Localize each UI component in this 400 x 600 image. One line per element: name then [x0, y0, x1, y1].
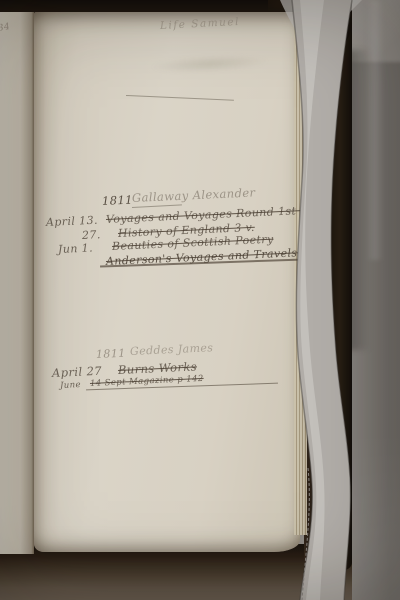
bookmark-ribbon: [0, 0, 400, 600]
photo-scene: 34 Life Samuel 1811 Gallaway Alexander A…: [0, 0, 400, 600]
